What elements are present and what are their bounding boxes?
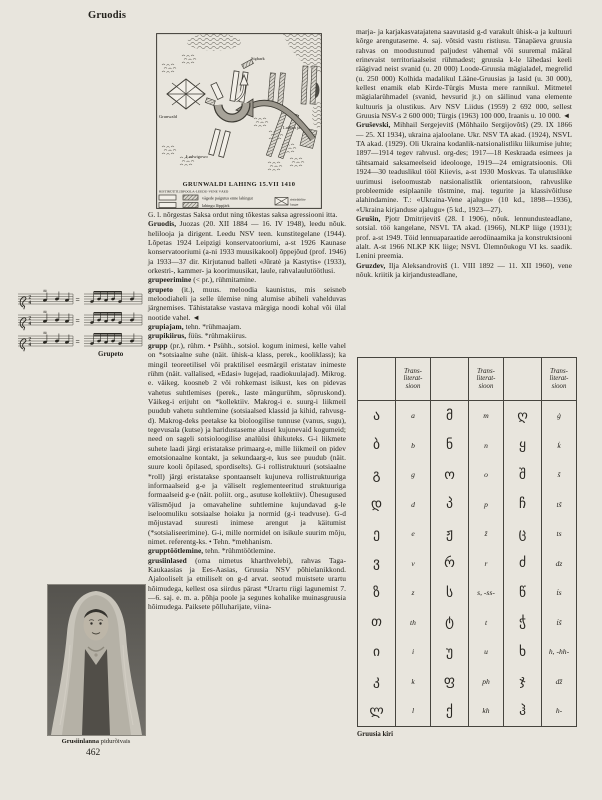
- georgian-letter-cell: ზ: [358, 578, 396, 608]
- georgian-letter-cell: პ: [431, 490, 469, 520]
- photo-caption: Grusiinlanna pidurõivais: [40, 738, 152, 745]
- legend-header-allies: POOLA-LEEDU-VENE VÄED: [183, 189, 229, 194]
- article: Grušin, Pjotr Dmitrijevitš (28. I 1906),…: [356, 214, 572, 261]
- article: grusiinlased (oma nimetus kharthvelebi),…: [148, 556, 346, 612]
- legend-camp-label-2: laager: [290, 203, 299, 207]
- legend-swatch-hatch-2: [183, 203, 198, 208]
- transliteration-cell: e: [396, 519, 431, 549]
- header-cell-empty: [358, 358, 396, 401]
- transliteration-cell: dz: [542, 549, 577, 579]
- page-number: 462: [86, 748, 100, 758]
- table-row: ვvრrძdz: [358, 549, 577, 579]
- table-row: ზzსs, -ss-წṫs: [358, 578, 577, 608]
- georgian-letter-cell: მ: [431, 401, 469, 431]
- table-row: ეeჟžცts: [358, 519, 577, 549]
- georgian-letter-cell: ყ: [504, 431, 542, 461]
- transliteration-cell: th: [396, 608, 431, 638]
- article: grupptöötlemine, tehn. *rühmtöötlemine.: [148, 546, 346, 555]
- transliteration-cell: ph: [469, 667, 504, 697]
- legend-swatch-white-2: [159, 203, 176, 208]
- article-term: grupeerimine: [148, 275, 191, 284]
- legend-item-2: lahingu lõppjärk: [202, 203, 230, 208]
- georgian-letter-cell: შ: [504, 460, 542, 490]
- georgian-letter-cell: ძ: [504, 549, 542, 579]
- table-row: გgოoშš: [358, 460, 577, 490]
- article-term: grupikiirus,: [148, 331, 186, 340]
- map-label-lubien: Lubień jä.: [283, 125, 301, 130]
- article-term: Gruzdev,: [356, 261, 385, 270]
- transliteration-cell: u: [469, 637, 504, 667]
- transliteration-cell: p: [469, 490, 504, 520]
- georgian-letter-cell: ჰ: [504, 696, 542, 726]
- georgian-letter-cell: ღ: [504, 401, 542, 431]
- article: Gruševski, Mihhail Sergejevitš (Mõhhailo…: [356, 120, 572, 213]
- georgian-letter-cell: ქ: [431, 696, 469, 726]
- georgian-letter-cell: ვ: [358, 549, 396, 579]
- georgian-letter-cell: ე: [358, 519, 396, 549]
- georgian-letter-cell: ს: [431, 578, 469, 608]
- article: Gruodis, Juozas (20. XII 1884 — 16. IV 1…: [148, 219, 346, 275]
- article-term: grupiajam,: [148, 322, 184, 331]
- table-row: აaმmღġ: [358, 401, 577, 431]
- photo-caption-bold: Grusiinlanna: [62, 738, 99, 745]
- article-term: Grušin,: [356, 214, 380, 223]
- transliteration-cell: tš: [542, 490, 577, 520]
- transliteration-cell: h-: [542, 696, 577, 726]
- georgian-letter-cell: კ: [358, 667, 396, 697]
- georgian-alphabet-table: Trans- literat- sioon Trans- literat- si…: [357, 357, 577, 727]
- georgian-letter-cell: ბ: [358, 431, 396, 461]
- music-notation: 2 4 ∞ =: [16, 288, 148, 352]
- music-caption: Grupeto: [98, 350, 123, 358]
- transliteration-cell: s, -ss-: [469, 578, 504, 608]
- transliteration-cell: l: [396, 696, 431, 726]
- article: grupeerimine (< pr.), rühmitamine.: [148, 275, 346, 284]
- article: G. l. nõrgestas Saksa ordut ning tõkesta…: [148, 210, 346, 219]
- transliteration-cell: dž: [542, 667, 577, 697]
- article: grupikiirus, füüs. *rühmakiirus.: [148, 331, 346, 340]
- right-column: marja- ja karjakasvatajatena saavutasid …: [356, 27, 572, 279]
- georgian-letter-cell: ო: [431, 460, 469, 490]
- transliteration-cell: m: [469, 401, 504, 431]
- transliteration-cell: k̇: [542, 431, 577, 461]
- legend-camp-icon: [275, 198, 288, 206]
- article-term: grupptöötlemine,: [148, 546, 203, 555]
- article-term: grupp: [148, 341, 168, 350]
- table-row: ბbნnყk̇: [358, 431, 577, 461]
- article: grupeto (it.), muus. meloodia kaunistus,…: [148, 285, 346, 322]
- transliteration-cell: ž: [469, 519, 504, 549]
- georgian-letter-cell: ხ: [504, 637, 542, 667]
- header-cell-transliteration: Trans- literat- sioon: [542, 358, 577, 401]
- transliteration-cell: t: [469, 608, 504, 638]
- table-row: ლlქkhჰh-: [358, 696, 577, 726]
- article-term: grusiinlased: [148, 556, 187, 565]
- georgian-letter-cell: რ: [431, 549, 469, 579]
- legend-camp-label-1: ristirüütlite: [290, 198, 306, 202]
- transliteration-cell: v: [396, 549, 431, 579]
- map-label-stebark: Stębark: [251, 56, 265, 61]
- transliteration-cell: š: [542, 460, 577, 490]
- georgian-letter-cell: წ: [504, 578, 542, 608]
- transliteration-cell: b: [396, 431, 431, 461]
- battle-map: Grunwald Stębark Łodwigowo Lubień jä. GR…: [156, 33, 322, 209]
- table-row: თthტtჭṫš: [358, 608, 577, 638]
- table-header-row: Trans- literat- sioon Trans- literat- si…: [358, 358, 577, 401]
- georgian-letter-cell: ტ: [431, 608, 469, 638]
- georgian-letter-cell: ი: [358, 637, 396, 667]
- table-row: იiუuხh, -hh-: [358, 637, 577, 667]
- transliteration-cell: kh: [469, 696, 504, 726]
- article-term: Gruodis,: [148, 219, 176, 228]
- header-cell-empty: [431, 358, 469, 401]
- portrait-photo: [48, 585, 145, 735]
- map-title: GRUNWALDI LAHING 15.VII 1410: [183, 181, 296, 188]
- transliteration-cell: a: [396, 401, 431, 431]
- map-label-lodwigowo: Łodwigowo: [186, 154, 208, 159]
- map-label-grunwald: Grunwald: [159, 114, 178, 119]
- photo: [48, 585, 145, 735]
- georgian-letter-cell: დ: [358, 490, 396, 520]
- georgian-letter-cell: უ: [431, 637, 469, 667]
- table-caption: Gruusia kiri: [357, 731, 393, 738]
- transliteration-cell: z: [396, 578, 431, 608]
- article: Gruzdev, Ilja Aleksandrovitš (1. VIII 18…: [356, 261, 572, 280]
- article: grupiajam, tehn. *rühmaajam.: [148, 322, 346, 331]
- legend-swatch-white-1: [159, 195, 176, 200]
- transliteration-cell: ġ: [542, 401, 577, 431]
- legend-header-teutonic: RISTIRÜÜTLID: [159, 189, 184, 194]
- left-column: G. l. nõrgestas Saksa ordut ning tõkesta…: [148, 210, 346, 612]
- header-cell-transliteration: Trans- literat- sioon: [469, 358, 504, 401]
- transliteration-cell: h, -hh-: [542, 637, 577, 667]
- header-cell-transliteration: Trans- literat- sioon: [396, 358, 431, 401]
- georgian-letter-cell: ფ: [431, 667, 469, 697]
- georgian-letter-cell: ა: [358, 401, 396, 431]
- transliteration-cell: o: [469, 460, 504, 490]
- transliteration-cell: d: [396, 490, 431, 520]
- georgian-letter-cell: თ: [358, 608, 396, 638]
- article: grupp (pr.), rühm. • Psühh., sotsiol. ko…: [148, 341, 346, 547]
- legend-item-1: vägede paigutus enne lahingut: [202, 195, 254, 200]
- header-cell-empty: [504, 358, 542, 401]
- transliteration-cell: ts: [542, 519, 577, 549]
- georgian-letter-cell: ჩ: [504, 490, 542, 520]
- transliteration-cell: g: [396, 460, 431, 490]
- transliteration-cell: k: [396, 667, 431, 697]
- georgian-letter-cell: ჯ: [504, 667, 542, 697]
- transliteration-cell: n: [469, 431, 504, 461]
- running-head: Gruodis: [88, 10, 126, 21]
- table-row: დdპpჩtš: [358, 490, 577, 520]
- legend-swatch-hatch-1: [183, 195, 198, 200]
- transliteration-cell: r: [469, 549, 504, 579]
- forest-area: [187, 34, 241, 51]
- georgian-letter-cell: ჭ: [504, 608, 542, 638]
- georgian-letter-cell: ჟ: [431, 519, 469, 549]
- georgian-letter-cell: ნ: [431, 431, 469, 461]
- transliteration-cell: ṫs: [542, 578, 577, 608]
- transliteration-cell: i: [396, 637, 431, 667]
- article-term: Gruševski,: [356, 120, 390, 129]
- encyclopedia-page: Gruodis: [0, 0, 602, 800]
- article: marja- ja karjakasvatajatena saavutasid …: [356, 27, 572, 120]
- georgian-letter-cell: გ: [358, 460, 396, 490]
- photo-caption-rest: pidurõivais: [99, 738, 130, 745]
- table-row: კkფphჯdž: [358, 667, 577, 697]
- georgian-letter-cell: ლ: [358, 696, 396, 726]
- georgian-letter-cell: ც: [504, 519, 542, 549]
- article-term: grupeto: [148, 285, 173, 294]
- transliteration-cell: ṫš: [542, 608, 577, 638]
